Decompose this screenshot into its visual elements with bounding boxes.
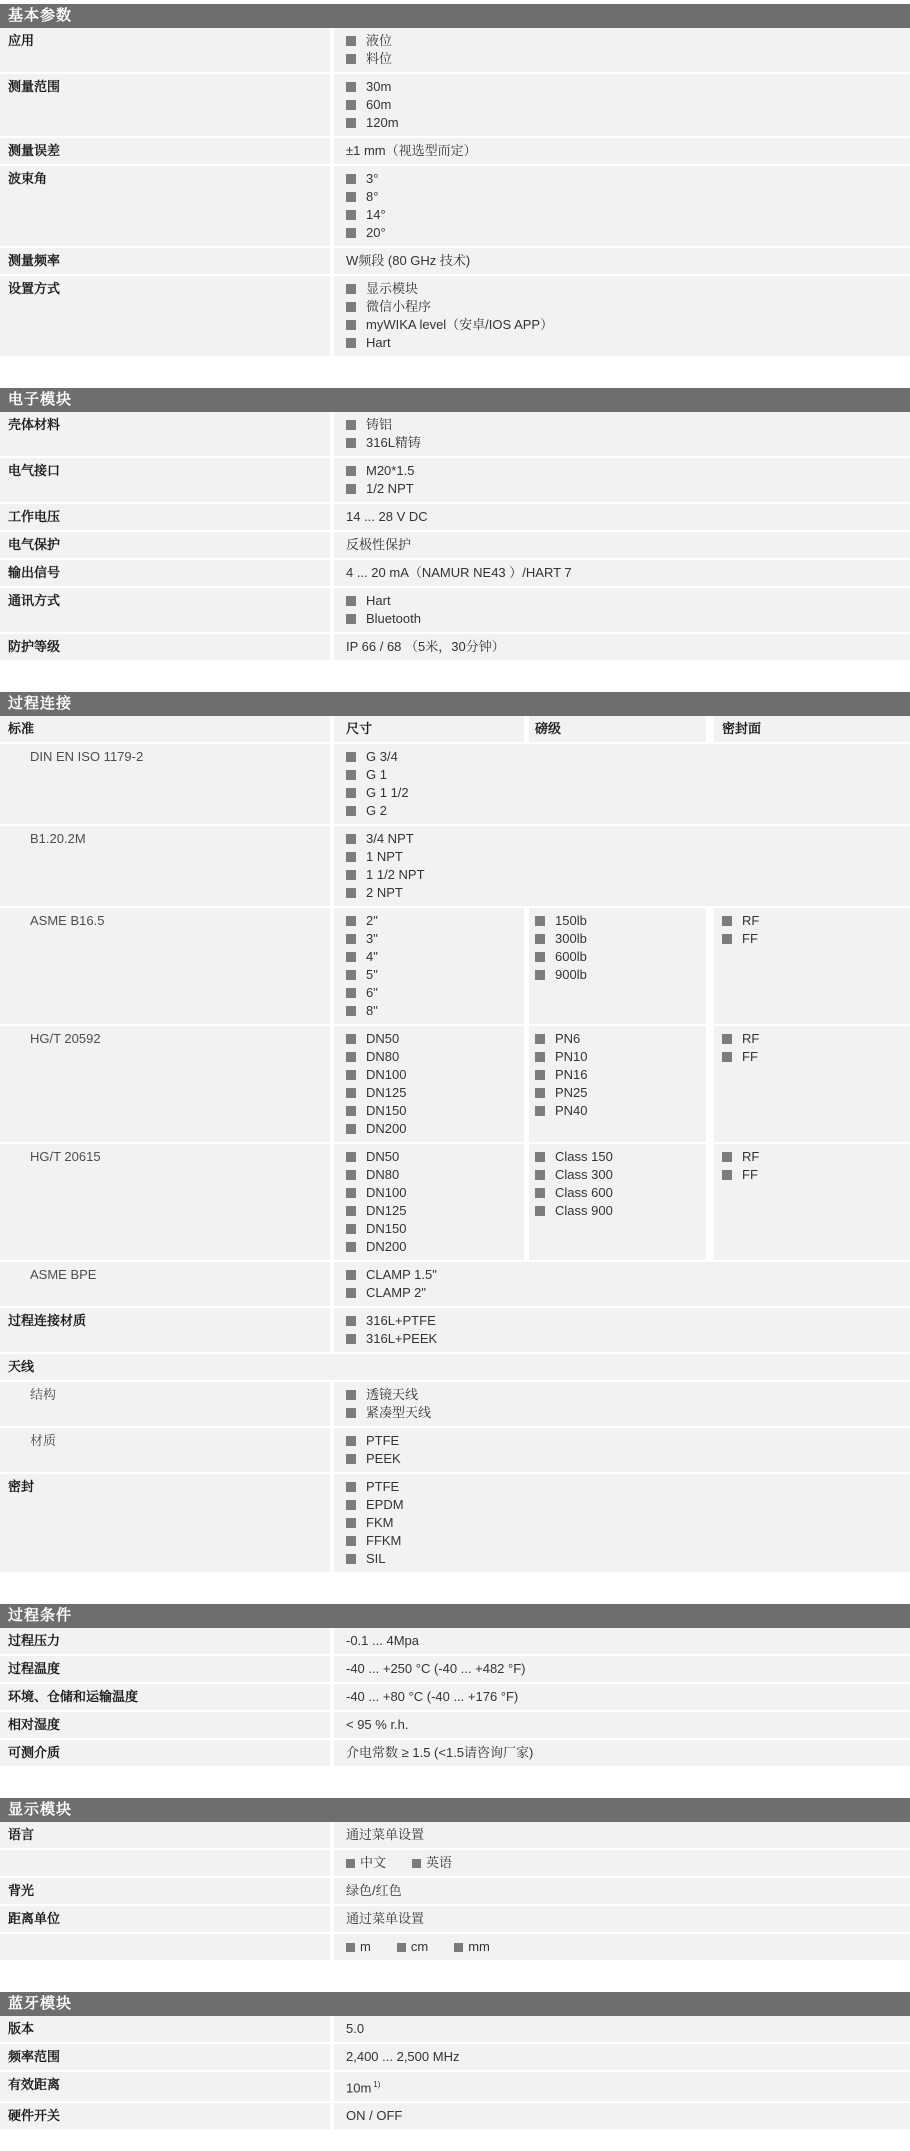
bullet-text: 4" <box>366 948 378 966</box>
column-header-rating: 磅级 <box>529 716 706 742</box>
row-value-cell: -0.1 ... 4Mpa <box>334 1628 910 1654</box>
row-value-cell: 通过菜单设置 <box>334 1822 910 1848</box>
bullet-text: 150lb <box>555 912 587 930</box>
row-label-cell: 电气接口 <box>0 458 330 502</box>
bullet-line: PN40 <box>535 1102 706 1120</box>
bullet-line: FF <box>722 930 910 948</box>
bullet-text: 1/2 NPT <box>366 480 414 498</box>
bullet-text: Bluetooth <box>366 610 421 628</box>
spec-row: 可测介质介电常数 ≥ 1.5 (<1.5请咨询厂家) <box>0 1740 910 1768</box>
bullet-line: 3/4 NPT <box>346 830 904 848</box>
footnote-marker: 1) <box>373 2080 380 2089</box>
row-value-text: 介电常数 ≥ 1.5 (<1.5请咨询厂家) <box>346 1745 533 1760</box>
row-label: 语言 <box>8 1826 330 1844</box>
bullet-text: M20*1.5 <box>366 462 414 480</box>
bullet-line: PN6 <box>535 1030 706 1048</box>
column-header-text: 尺寸 <box>346 720 524 738</box>
bullet-line: RF <box>722 1030 910 1048</box>
row-label-cell: 背光 <box>0 1878 330 1904</box>
row-value-cell: 2,400 ... 2,500 MHz <box>334 2044 910 2070</box>
bullet-square-icon <box>346 284 356 294</box>
bullet-text: 316L+PTFE <box>366 1312 436 1330</box>
bullet-square-icon <box>346 1554 356 1564</box>
bullet-text: DN100 <box>366 1066 406 1084</box>
bullet-text: 显示模块 <box>366 280 418 298</box>
row-value-cell: 铸铝316L精铸 <box>334 412 910 456</box>
bullet-line: Class 300 <box>535 1166 706 1184</box>
bullet-square-icon <box>346 934 356 944</box>
spec-row: DIN EN ISO 1179-2G 3/4G 1G 1 1/2G 2 <box>0 744 910 826</box>
bullet-square-icon <box>346 1188 356 1198</box>
row-value-text: 2,400 ... 2,500 MHz <box>346 2049 459 2064</box>
column-header-text: 密封面 <box>722 720 910 738</box>
spec-row: 通讯方式HartBluetooth <box>0 588 910 634</box>
rating-options-cell: PN6PN10PN16PN25PN40 <box>529 1026 706 1142</box>
bullet-text: 料位 <box>366 50 392 68</box>
bullet-square-icon <box>535 934 545 944</box>
bullet-text: 液位 <box>366 32 392 50</box>
bullet-text: DN80 <box>366 1166 399 1184</box>
row-value-cell: ±1 mm（视选型而定） <box>334 138 910 164</box>
row-label: 测量范围 <box>8 78 330 96</box>
row-label: 通讯方式 <box>8 592 330 610</box>
row-label: 设置方式 <box>8 280 330 298</box>
bullet-text: 微信小程序 <box>366 298 431 316</box>
bullet-line: 300lb <box>535 930 706 948</box>
bullet-text: RF <box>742 912 759 930</box>
row-value-text: 14 ... 28 V DC <box>346 509 428 524</box>
spec-row: 环境、仓储和运输温度-40 ... +80 °C (-40 ... +176 °… <box>0 1684 910 1712</box>
section-title: 显示模块 <box>0 1798 910 1822</box>
row-label-cell: 过程温度 <box>0 1656 330 1682</box>
row-value-cell: < 95 % r.h. <box>334 1712 910 1738</box>
row-value-cell: CLAMP 1.5"CLAMP 2" <box>334 1262 910 1306</box>
spec-row: ASME BPECLAMP 1.5"CLAMP 2" <box>0 1262 910 1308</box>
size-options-cell: DN50DN80DN100DN125DN150DN200 <box>334 1026 524 1142</box>
bullet-line: 150lb <box>535 912 706 930</box>
spec-row: 距离单位通过菜单设置 <box>0 1906 910 1934</box>
row-label: 距离单位 <box>8 1910 330 1928</box>
bullet-square-icon <box>535 1088 545 1098</box>
row-label: 过程温度 <box>8 1660 330 1678</box>
bullet-square-icon <box>346 888 356 898</box>
bullet-square-icon <box>346 338 356 348</box>
row-label-cell: 版本 <box>0 2016 330 2042</box>
bullet-line: FF <box>722 1166 910 1184</box>
bullet-square-icon <box>535 1070 545 1080</box>
bullet-line: 316L+PEEK <box>346 1330 904 1348</box>
bullet-square-icon <box>346 192 356 202</box>
bullet-square-icon <box>346 1052 356 1062</box>
bullet-line: 8° <box>346 188 904 206</box>
row-value: 通过菜单设置 <box>346 1910 904 1928</box>
bullet-line: 3" <box>346 930 524 948</box>
row-label: 过程连接材质 <box>8 1312 330 1330</box>
bullet-line: 14° <box>346 206 904 224</box>
bullet-text: 6" <box>366 984 378 1002</box>
bullet-line: 微信小程序 <box>346 298 904 316</box>
row-value-text: 5.0 <box>346 2021 364 2036</box>
row-label-cell: 语言 <box>0 1822 330 1848</box>
bullet-line: DN200 <box>346 1120 524 1138</box>
spec-sheet: 基本参数应用液位料位测量范围30m60m120m测量误差±1 mm（视选型而定）… <box>0 0 910 2131</box>
row-label: 电气保护 <box>8 536 330 554</box>
bullet-line: 600lb <box>535 948 706 966</box>
bullet-square-icon <box>535 952 545 962</box>
row-label-cell: 波束角 <box>0 166 330 246</box>
bullet-text: Class 900 <box>555 1202 613 1220</box>
row-value-text: 通过菜单设置 <box>346 1911 424 1926</box>
bullet-line: G 1 1/2 <box>346 784 904 802</box>
bullet-square-icon <box>722 916 732 926</box>
spec-row: HG/T 20615DN50DN80DN100DN125DN150DN200Cl… <box>0 1144 910 1262</box>
spec-row: 电气接口M20*1.51/2 NPT <box>0 458 910 504</box>
bullet-square-icon <box>535 916 545 926</box>
bullet-text: 1 1/2 NPT <box>366 866 425 884</box>
row-label: HG/T 20592 <box>8 1030 330 1048</box>
row-value-cell: 10m1) <box>334 2072 910 2101</box>
row-label-cell: 有效距离 <box>0 2072 330 2101</box>
bullet-square-icon <box>346 100 356 110</box>
row-label: 背光 <box>8 1882 330 1900</box>
row-value-text: ON / OFF <box>346 2108 402 2123</box>
row-label: 应用 <box>8 32 330 50</box>
option-text: m <box>360 1938 371 1956</box>
bullet-square-icon <box>346 1034 356 1044</box>
bullet-square-icon <box>346 1206 356 1216</box>
section-5: 显示模块语言通过菜单设置中文英语背光绿色/红色距离单位通过菜单设置mcmmm <box>0 1798 910 1962</box>
row-value-text: ±1 mm（视选型而定） <box>346 143 477 158</box>
spec-row: 过程温度-40 ... +250 °C (-40 ... +482 °F) <box>0 1656 910 1684</box>
bullet-line: 料位 <box>346 50 904 68</box>
row-label: 壳体材料 <box>8 416 330 434</box>
bullet-text: RF <box>742 1030 759 1048</box>
section-title: 蓝牙模块 <box>0 1992 910 2016</box>
bullet-square-icon <box>535 1034 545 1044</box>
bullet-square-icon <box>346 1270 356 1280</box>
bullet-line: PN25 <box>535 1084 706 1102</box>
bullet-square-icon <box>346 1316 356 1326</box>
spec-row: 过程连接材质316L+PTFE316L+PEEK <box>0 1308 910 1354</box>
row-label-cell: 测量频率 <box>0 248 330 274</box>
row-value-cell: mcmmm <box>334 1934 910 1960</box>
bullet-text: 60m <box>366 96 391 114</box>
bullet-text: 8" <box>366 1002 378 1020</box>
row-label-cell: 工作电压 <box>0 504 330 530</box>
spec-row: 测量频率W频段 (80 GHz 技术) <box>0 248 910 276</box>
bullet-text: G 3/4 <box>366 748 398 766</box>
bullet-square-icon <box>346 1482 356 1492</box>
bullet-text: 8° <box>366 188 378 206</box>
bullet-square-icon <box>722 1170 732 1180</box>
rating-options-cell: 150lb300lb600lb900lb <box>529 908 706 1024</box>
row-value: 14 ... 28 V DC <box>346 508 904 526</box>
bullet-line: Class 900 <box>535 1202 706 1220</box>
bullet-text: 铸铝 <box>366 416 392 434</box>
row-value: ON / OFF <box>346 2107 904 2125</box>
sub-section-header: 天线 <box>0 1354 910 1380</box>
row-value-cell: M20*1.51/2 NPT <box>334 458 910 502</box>
bullet-square-icon <box>535 1170 545 1180</box>
row-label: 环境、仓储和运输温度 <box>8 1688 330 1706</box>
bullet-line: 6" <box>346 984 524 1002</box>
bullet-square-icon <box>454 1943 463 1952</box>
bullet-text: 20° <box>366 224 386 242</box>
spec-row: 频率范围2,400 ... 2,500 MHz <box>0 2044 910 2072</box>
spec-row: 天线 <box>0 1354 910 1382</box>
bullet-text: G 1 1/2 <box>366 784 409 802</box>
bullet-square-icon <box>535 970 545 980</box>
column-header-text: 标准 <box>8 720 330 738</box>
face-options-cell: RFFF <box>714 1026 910 1142</box>
bullet-text: 紧凑型天线 <box>366 1404 431 1422</box>
bullet-line: Class 150 <box>535 1148 706 1166</box>
bullet-square-icon <box>346 484 356 494</box>
bullet-text: PTFE <box>366 1478 399 1496</box>
bullet-line: PN16 <box>535 1066 706 1084</box>
row-value: -0.1 ... 4Mpa <box>346 1632 904 1650</box>
bullet-text: PN40 <box>555 1102 588 1120</box>
row-label: 测量误差 <box>8 142 330 160</box>
bullet-text: CLAMP 2" <box>366 1284 426 1302</box>
section-title: 基本参数 <box>0 4 910 28</box>
bullet-line: 1/2 NPT <box>346 480 904 498</box>
row-value-text: 4 ... 20 mA（NAMUR NE43 ）/HART 7 <box>346 565 572 580</box>
bullet-square-icon <box>346 1088 356 1098</box>
bullet-line: 1 NPT <box>346 848 904 866</box>
row-value: < 95 % r.h. <box>346 1716 904 1734</box>
bullet-line: M20*1.5 <box>346 462 904 480</box>
bullet-line: 5" <box>346 966 524 984</box>
row-value: 绿色/红色 <box>346 1882 904 1900</box>
bullet-line: FF <box>722 1048 910 1066</box>
row-value-text: 绿色/红色 <box>346 1883 402 1898</box>
row-value-cell: 反极性保护 <box>334 532 910 558</box>
bullet-line: PTFE <box>346 1478 904 1496</box>
bullet-line: 20° <box>346 224 904 242</box>
spec-row: 过程压力-0.1 ... 4Mpa <box>0 1628 910 1656</box>
bullet-line: 1 1/2 NPT <box>346 866 904 884</box>
bullet-text: G 1 <box>366 766 387 784</box>
bullet-line: 3° <box>346 170 904 188</box>
row-value-cell: 4 ... 20 mA（NAMUR NE43 ）/HART 7 <box>334 560 910 586</box>
bullet-square-icon <box>346 852 356 862</box>
row-label: 频率范围 <box>8 2048 330 2066</box>
bullet-line: 紧凑型天线 <box>346 1404 904 1422</box>
bullet-text: DN100 <box>366 1184 406 1202</box>
section-4: 过程条件过程压力-0.1 ... 4Mpa过程温度-40 ... +250 °C… <box>0 1604 910 1768</box>
bullet-square-icon <box>722 1152 732 1162</box>
option-text: 中文 <box>360 1854 386 1872</box>
bullet-line: DN100 <box>346 1066 524 1084</box>
bullet-square-icon <box>346 988 356 998</box>
inline-option: m <box>346 1938 371 1956</box>
bullet-square-icon <box>346 302 356 312</box>
rating-options-cell: Class 150Class 300Class 600Class 900 <box>529 1144 706 1260</box>
row-label-cell: 壳体材料 <box>0 412 330 456</box>
row-value-cell: G 3/4G 1G 1 1/2G 2 <box>334 744 910 824</box>
bullet-line: Class 600 <box>535 1184 706 1202</box>
row-value-cell: 316L+PTFE316L+PEEK <box>334 1308 910 1352</box>
bullet-square-icon <box>346 1124 356 1134</box>
option-text: cm <box>411 1938 428 1956</box>
bullet-text: DN50 <box>366 1148 399 1166</box>
bullet-line: FFKM <box>346 1532 904 1550</box>
row-value: 10m1) <box>346 2076 904 2097</box>
bullet-line: DN50 <box>346 1030 524 1048</box>
section-title: 电子模块 <box>0 388 910 412</box>
bullet-text: Hart <box>366 592 391 610</box>
bullet-text: EPDM <box>366 1496 404 1514</box>
row-value: 介电常数 ≥ 1.5 (<1.5请咨询厂家) <box>346 1744 904 1762</box>
bullet-text: DN125 <box>366 1202 406 1220</box>
row-value-text: 通过菜单设置 <box>346 1827 424 1842</box>
row-label-cell: 相对湿度 <box>0 1712 330 1738</box>
bullet-line: 8" <box>346 1002 524 1020</box>
bullet-text: myWIKA level（安卓/IOS APP） <box>366 316 553 334</box>
table-header-row: 标准尺寸磅级密封面 <box>0 716 910 744</box>
bullet-line: 30m <box>346 78 904 96</box>
bullet-line: DN80 <box>346 1166 524 1184</box>
row-label-cell: 可测介质 <box>0 1740 330 1766</box>
bullet-line: DN100 <box>346 1184 524 1202</box>
bullet-line: RF <box>722 912 910 930</box>
bullet-line: DN150 <box>346 1220 524 1238</box>
bullet-line: myWIKA level（安卓/IOS APP） <box>346 316 904 334</box>
bullet-square-icon <box>535 1052 545 1062</box>
bullet-square-icon <box>346 1536 356 1546</box>
bullet-text: DN150 <box>366 1102 406 1120</box>
option-text: mm <box>468 1938 490 1956</box>
spec-row: 中文英语 <box>0 1850 910 1878</box>
spec-row: 壳体材料铸铝316L精铸 <box>0 412 910 458</box>
bullet-square-icon <box>722 934 732 944</box>
bullet-line: 4" <box>346 948 524 966</box>
bullet-line: EPDM <box>346 1496 904 1514</box>
row-label-cell: 环境、仓储和运输温度 <box>0 1684 330 1710</box>
bullet-text: PTFE <box>366 1432 399 1450</box>
row-value-cell: 14 ... 28 V DC <box>334 504 910 530</box>
spec-row: 工作电压14 ... 28 V DC <box>0 504 910 532</box>
row-value-cell: IP 66 / 68 （5米，30分钟） <box>334 634 910 660</box>
row-label-cell: 材质 <box>0 1428 330 1472</box>
row-label-cell: 设置方式 <box>0 276 330 356</box>
row-label-cell: 通讯方式 <box>0 588 330 632</box>
row-value: ±1 mm（视选型而定） <box>346 142 904 160</box>
row-label-cell: 过程连接材质 <box>0 1308 330 1352</box>
bullet-square-icon <box>346 1436 356 1446</box>
row-value-cell: 3/4 NPT1 NPT1 1/2 NPT2 NPT <box>334 826 910 906</box>
bullet-square-icon <box>346 1224 356 1234</box>
bullet-text: CLAMP 1.5" <box>366 1266 437 1284</box>
bullet-text: 2" <box>366 912 378 930</box>
column-header-face: 密封面 <box>714 716 910 742</box>
bullet-text: DN150 <box>366 1220 406 1238</box>
spec-row: 背光绿色/红色 <box>0 1878 910 1906</box>
bullet-text: SIL <box>366 1550 386 1568</box>
bullet-square-icon <box>346 1170 356 1180</box>
row-label: 材质 <box>8 1432 330 1450</box>
bullet-line: FKM <box>346 1514 904 1532</box>
row-value-cell: 透镜天线紧凑型天线 <box>334 1382 910 1426</box>
bullet-text: PN6 <box>555 1030 580 1048</box>
spec-row: 语言通过菜单设置 <box>0 1822 910 1850</box>
bullet-line: 316L+PTFE <box>346 1312 904 1330</box>
bullet-text: 5" <box>366 966 378 984</box>
bullet-square-icon <box>346 1500 356 1510</box>
row-value: IP 66 / 68 （5米，30分钟） <box>346 638 904 656</box>
bullet-line: CLAMP 2" <box>346 1284 904 1302</box>
bullet-square-icon <box>346 228 356 238</box>
bullet-text: DN80 <box>366 1048 399 1066</box>
row-value-text: 反极性保护 <box>346 537 411 552</box>
row-label-cell: B1.20.2M <box>0 826 330 906</box>
row-value-cell: 显示模块微信小程序myWIKA level（安卓/IOS APP）Hart <box>334 276 910 356</box>
bullet-line: 900lb <box>535 966 706 984</box>
bullet-line: DN200 <box>346 1238 524 1256</box>
bullet-text: 3/4 NPT <box>366 830 414 848</box>
row-value-text: -40 ... +80 °C (-40 ... +176 °F) <box>346 1689 518 1704</box>
row-label-cell: ASME B16.5 <box>0 908 330 1024</box>
bullet-text: DN125 <box>366 1084 406 1102</box>
bullet-text: 900lb <box>555 966 587 984</box>
row-label-cell: 防护等级 <box>0 634 330 660</box>
bullet-square-icon <box>346 752 356 762</box>
bullet-line: 60m <box>346 96 904 114</box>
spec-row: 硬件开关ON / OFF <box>0 2103 910 2131</box>
inline-option: 英语 <box>412 1854 452 1872</box>
row-value-cell: 液位料位 <box>334 28 910 72</box>
bullet-text: FF <box>742 930 758 948</box>
bullet-square-icon <box>346 1390 356 1400</box>
row-value: 通过菜单设置 <box>346 1826 904 1844</box>
spec-row: 电气保护反极性保护 <box>0 532 910 560</box>
bullet-text: PN16 <box>555 1066 588 1084</box>
bullet-square-icon <box>346 320 356 330</box>
row-label-cell: DIN EN ISO 1179-2 <box>0 744 330 824</box>
spec-row: 版本5.0 <box>0 2016 910 2044</box>
column-header-size: 尺寸 <box>334 716 524 742</box>
row-label-cell: 输出信号 <box>0 560 330 586</box>
row-value: -40 ... +80 °C (-40 ... +176 °F) <box>346 1688 904 1706</box>
row-value-cell: PTFEPEEK <box>334 1428 910 1472</box>
spec-row: 波束角3°8°14°20° <box>0 166 910 248</box>
row-label: 可测介质 <box>8 1744 330 1762</box>
size-options-cell: 2"3"4"5"6"8" <box>334 908 524 1024</box>
row-value: -40 ... +250 °C (-40 ... +482 °F) <box>346 1660 904 1678</box>
bullet-square-icon <box>722 1034 732 1044</box>
bullet-text: PEEK <box>366 1450 401 1468</box>
spec-row: 输出信号4 ... 20 mA（NAMUR NE43 ）/HART 7 <box>0 560 910 588</box>
row-label: 有效距离 <box>8 2076 330 2094</box>
row-label-cell <box>0 1934 330 1960</box>
row-label-cell: 过程压力 <box>0 1628 330 1654</box>
row-label: 电气接口 <box>8 462 330 480</box>
bullet-square-icon <box>346 916 356 926</box>
spec-row: mcmmm <box>0 1934 910 1962</box>
bullet-line: PEEK <box>346 1450 904 1468</box>
bullet-text: 120m <box>366 114 399 132</box>
bullet-square-icon <box>346 870 356 880</box>
bullet-line: Bluetooth <box>346 610 904 628</box>
bullet-line: DN50 <box>346 1148 524 1166</box>
inline-options: 中文英语 <box>346 1854 904 1872</box>
bullet-square-icon <box>346 1242 356 1252</box>
bullet-square-icon <box>346 614 356 624</box>
spec-row: 应用液位料位 <box>0 28 910 74</box>
row-value: 2,400 ... 2,500 MHz <box>346 2048 904 2066</box>
bullet-square-icon <box>346 1152 356 1162</box>
